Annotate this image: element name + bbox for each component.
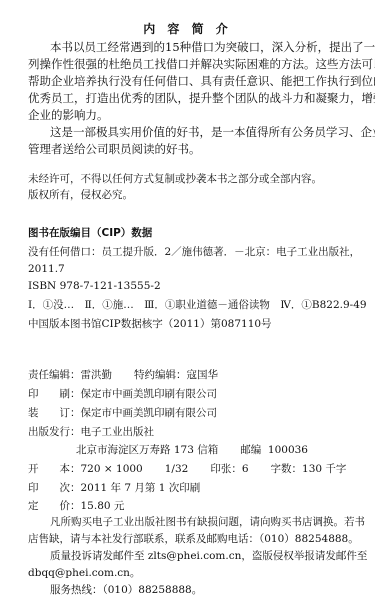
intro-paragraph1-line: 帮助企业培养执行没有任何借口、具有责任意识、能把工作执行到位的 [28,74,375,88]
impression-label: 印 次： [28,482,81,494]
printing-label: 印 刷： [28,388,81,400]
address: 北京市海淀区万寿路 173 信箱 [76,444,218,456]
notice-line: dbqq@phei.com.cn。 [28,566,140,580]
copyright-notice: 未经许可，不得以任何方式复制或抄袭本书之部分或全部内容。 [28,172,322,186]
sheets: 6 [242,463,249,475]
intro-paragraph1-line: 列操作性很强的杜绝员工找借口并解决实际困难的方法。这些方法可以 [28,57,375,71]
sheets-label: 印张： [210,463,242,475]
impression: 2011 年 7 月第 1 次印刷 [81,482,201,494]
special-editor-label: 特约编辑： [134,369,187,381]
service-hotline: 服务热线：（010）88258888。 [50,583,202,597]
publisher-label: 出版发行： [28,426,81,438]
price: 15.80 元 [81,500,125,512]
price-label: 定 价： [28,500,81,512]
editor: 雷洪勤 [81,369,113,381]
cip-line: 没有任何借口：员工提升版．2／施伟德著．－北京：电子工业出版社， [28,245,360,259]
printing: 保定市中画美凯印刷有限公司 [81,388,218,400]
credit-editors: 责任编辑：雷洪勤特约编辑：寇国华 [28,368,218,382]
format-label: 开 本： [28,463,81,475]
special-editor: 寇国华 [187,369,219,381]
publisher: 电子工业出版社 [81,426,155,438]
cip-isbn: ISBN 978-7-121-13555-2 [28,279,161,293]
binding: 保定市中画美凯印刷有限公司 [81,407,218,419]
notice-line: 质量投诉请发邮件至 zlts@phei.com.cn，盗版侵权举报请发邮件至 [50,549,367,563]
intro-paragraph2-line: 这是一部极具实用价值的好书，是一本值得所有公务员学习、企业 [50,125,375,139]
credit-printing: 印 刷：保定市中画美凯印刷有限公司 [28,387,217,401]
cip-classification: Ⅰ．①没… Ⅱ．①施… Ⅲ．①职业道德－通俗读物 Ⅳ．①B822.9-49 [28,298,367,312]
words: 130 千字 [302,463,346,475]
cip-heading: 图书在版编目（CIP）数据 [28,226,152,240]
format: 720 × 1000 [81,463,143,475]
words-label: 字数： [271,463,303,475]
credit-publisher: 出版发行：电子工业出版社 [28,425,154,439]
notice-line: 店售缺，请与本社发行部联系，联系及邮购电话：（010）88254888。 [28,532,359,546]
cip-date: 2011.7 [28,262,65,276]
credit-address: 北京市海淀区万寿路 173 信箱邮编 100036 [76,443,308,457]
intro-paragraph1-line: 企业的影响力。 [28,108,109,122]
postcode: 100036 [268,444,308,456]
postcode-label: 邮编 [240,444,261,456]
credit-format: 开 本：720 × 10001/32印张：6字数：130 千字 [28,462,346,476]
intro-paragraph1-line: 本书以员工经常遇到的15种借口为突破口，深入分析，提出了一系 [50,40,375,54]
credit-binding: 装 订：保定市中画美凯印刷有限公司 [28,406,217,420]
rights-reserved: 版权所有，侵权必究。 [28,188,133,202]
intro-paragraph2-line: 管理者送给公司职员阅读的好书。 [28,142,201,156]
binding-label: 装 订： [28,407,81,419]
intro-paragraph1-line: 优秀员工，打造出优秀的团队，提升整个团队的战斗力和凝聚力，增强 [28,91,375,105]
credit-price: 定 价：15.80 元 [28,499,124,513]
notice-line: 凡所购买电子工业出版社图书有缺损问题，请向购买书店调换。若书 [50,515,365,529]
editor-label: 责任编辑： [28,369,81,381]
cip-record: 中国版本图书馆CIP数据核字（2011）第087110号 [28,317,272,331]
credit-impression: 印 次：2011 年 7 月第 1 次印刷 [28,481,200,495]
intro-title: 内 容 简 介 [0,22,375,36]
format-fraction: 1/32 [165,463,189,475]
